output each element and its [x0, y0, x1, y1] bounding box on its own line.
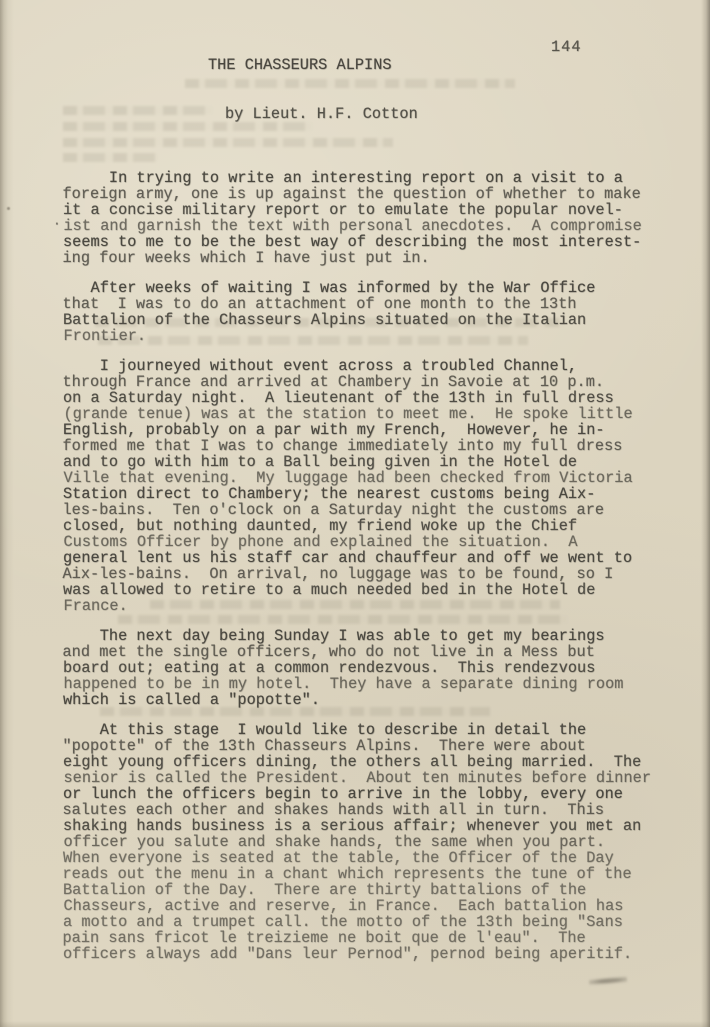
- text-line: Ville that evening. My luggage had been …: [64, 470, 684, 486]
- text-line: on a Saturday night. A lieutenant of the…: [63, 390, 683, 406]
- document-body: In trying to write an interesting report…: [63, 170, 683, 976]
- smudge-mark: [589, 976, 627, 987]
- paragraph: In trying to write an interesting report…: [63, 170, 683, 266]
- text-line: through France and arrived at Chambery i…: [63, 374, 683, 390]
- bleed-through-mark: [63, 138, 393, 147]
- text-line: reads out the menu in a chant which repr…: [63, 866, 683, 882]
- paper-speck: [7, 207, 10, 210]
- text-line: and to go with him to a Ball being given…: [63, 454, 683, 470]
- page-number: 144: [551, 39, 582, 55]
- text-line: pain sans fricot le treizieme ne boit qu…: [63, 930, 683, 946]
- text-line: "popotte" of the 13th Chasseurs Alpins. …: [63, 738, 683, 754]
- text-line: Battalion of the Day. There are thirty b…: [63, 882, 683, 898]
- byline: by Lieut. H.F. Cotton: [225, 106, 418, 122]
- text-line: it a concise military report or to emula…: [63, 202, 683, 218]
- text-line: I journeyed without event across a troub…: [63, 358, 683, 374]
- stray-margin-dot: ·: [53, 216, 61, 231]
- text-line: or lunch the officers begin to arrive in…: [63, 786, 683, 802]
- text-line: After weeks of waiting I was informed by…: [63, 280, 683, 296]
- text-line: senior is called the President. About te…: [64, 770, 684, 786]
- text-line: (grande tenue) was at the station to mee…: [64, 406, 684, 422]
- text-line: happened to be in my hotel. They have a …: [64, 676, 684, 692]
- page-left-edge-shadow: [0, 0, 14, 1027]
- text-line: was allowed to retire to a much needed b…: [63, 582, 683, 598]
- text-line: English, probably on a par with my Frenc…: [63, 422, 683, 438]
- text-line: Aix-les-bains. On arrival, no luggage wa…: [63, 566, 683, 582]
- text-line: seems to me to be the best way of descri…: [63, 234, 683, 250]
- text-line: which is called a "popotte".: [63, 692, 683, 708]
- text-line: les-bains. Ten o'clock on a Saturday nig…: [63, 502, 683, 518]
- page-bottom-edge-shadow: [0, 1021, 710, 1027]
- text-line: ist and garnish the text with personal a…: [64, 218, 684, 234]
- text-line: Station direct to Chambery; the nearest …: [63, 486, 683, 502]
- text-line: eight young officers dining, the others …: [63, 754, 683, 770]
- bleed-through-mark: [185, 79, 515, 88]
- text-line: In trying to write an interesting report…: [63, 170, 683, 186]
- text-line: foreign army, one is up against the ques…: [63, 186, 683, 202]
- bleed-through-mark: [63, 106, 213, 115]
- text-line: salutes each other and shakes hands with…: [63, 802, 683, 818]
- page-title: THE CHASSEURS ALPINS: [208, 57, 392, 73]
- text-line: that I was to do an attachment of one mo…: [63, 296, 683, 312]
- text-line: At this stage I would like to describe i…: [63, 722, 683, 738]
- scanned-page: 144 THE CHASSEURS ALPINS by Lieut. H.F. …: [0, 0, 710, 1027]
- bleed-through-mark: [63, 153, 158, 162]
- text-line: formed me that I was to change immediate…: [63, 438, 683, 454]
- text-line: ing four weeks which I have just put in.: [63, 250, 683, 266]
- text-line: France.: [64, 598, 684, 614]
- paragraph: I journeyed without event across a troub…: [63, 358, 683, 614]
- bleed-through-mark: [63, 122, 313, 131]
- paragraph: The next day being Sunday I was able to …: [63, 628, 683, 708]
- text-line: Frontier.: [64, 328, 684, 344]
- text-line: Chasseurs, active and reserve, in France…: [64, 898, 684, 914]
- text-line: closed, but nothing daunted, my friend w…: [63, 518, 683, 534]
- text-line: Customs Officer by phone and explained t…: [64, 534, 684, 550]
- text-line: board out; eating at a common rendezvous…: [63, 660, 683, 676]
- text-line: officers always add "Dans leur Pernod", …: [63, 946, 683, 962]
- page-right-edge-shadow: [701, 0, 710, 1027]
- text-line: Battalion of the Chasseurs Alpins situat…: [63, 312, 683, 328]
- text-line: officer you salute and shake hands, the …: [64, 834, 684, 850]
- text-line: and met the single officers, who do not …: [63, 644, 683, 660]
- paragraph: At this stage I would like to describe i…: [63, 722, 683, 962]
- text-line: shaking hands business is a serious affa…: [63, 818, 683, 834]
- text-line: a motto and a trumpet call. the motto of…: [63, 914, 683, 930]
- text-line: When everyone is seated at the table, th…: [63, 850, 683, 866]
- text-line: general lent us his staff car and chauff…: [63, 550, 683, 566]
- text-line: The next day being Sunday I was able to …: [63, 628, 683, 644]
- paragraph: After weeks of waiting I was informed by…: [63, 280, 683, 344]
